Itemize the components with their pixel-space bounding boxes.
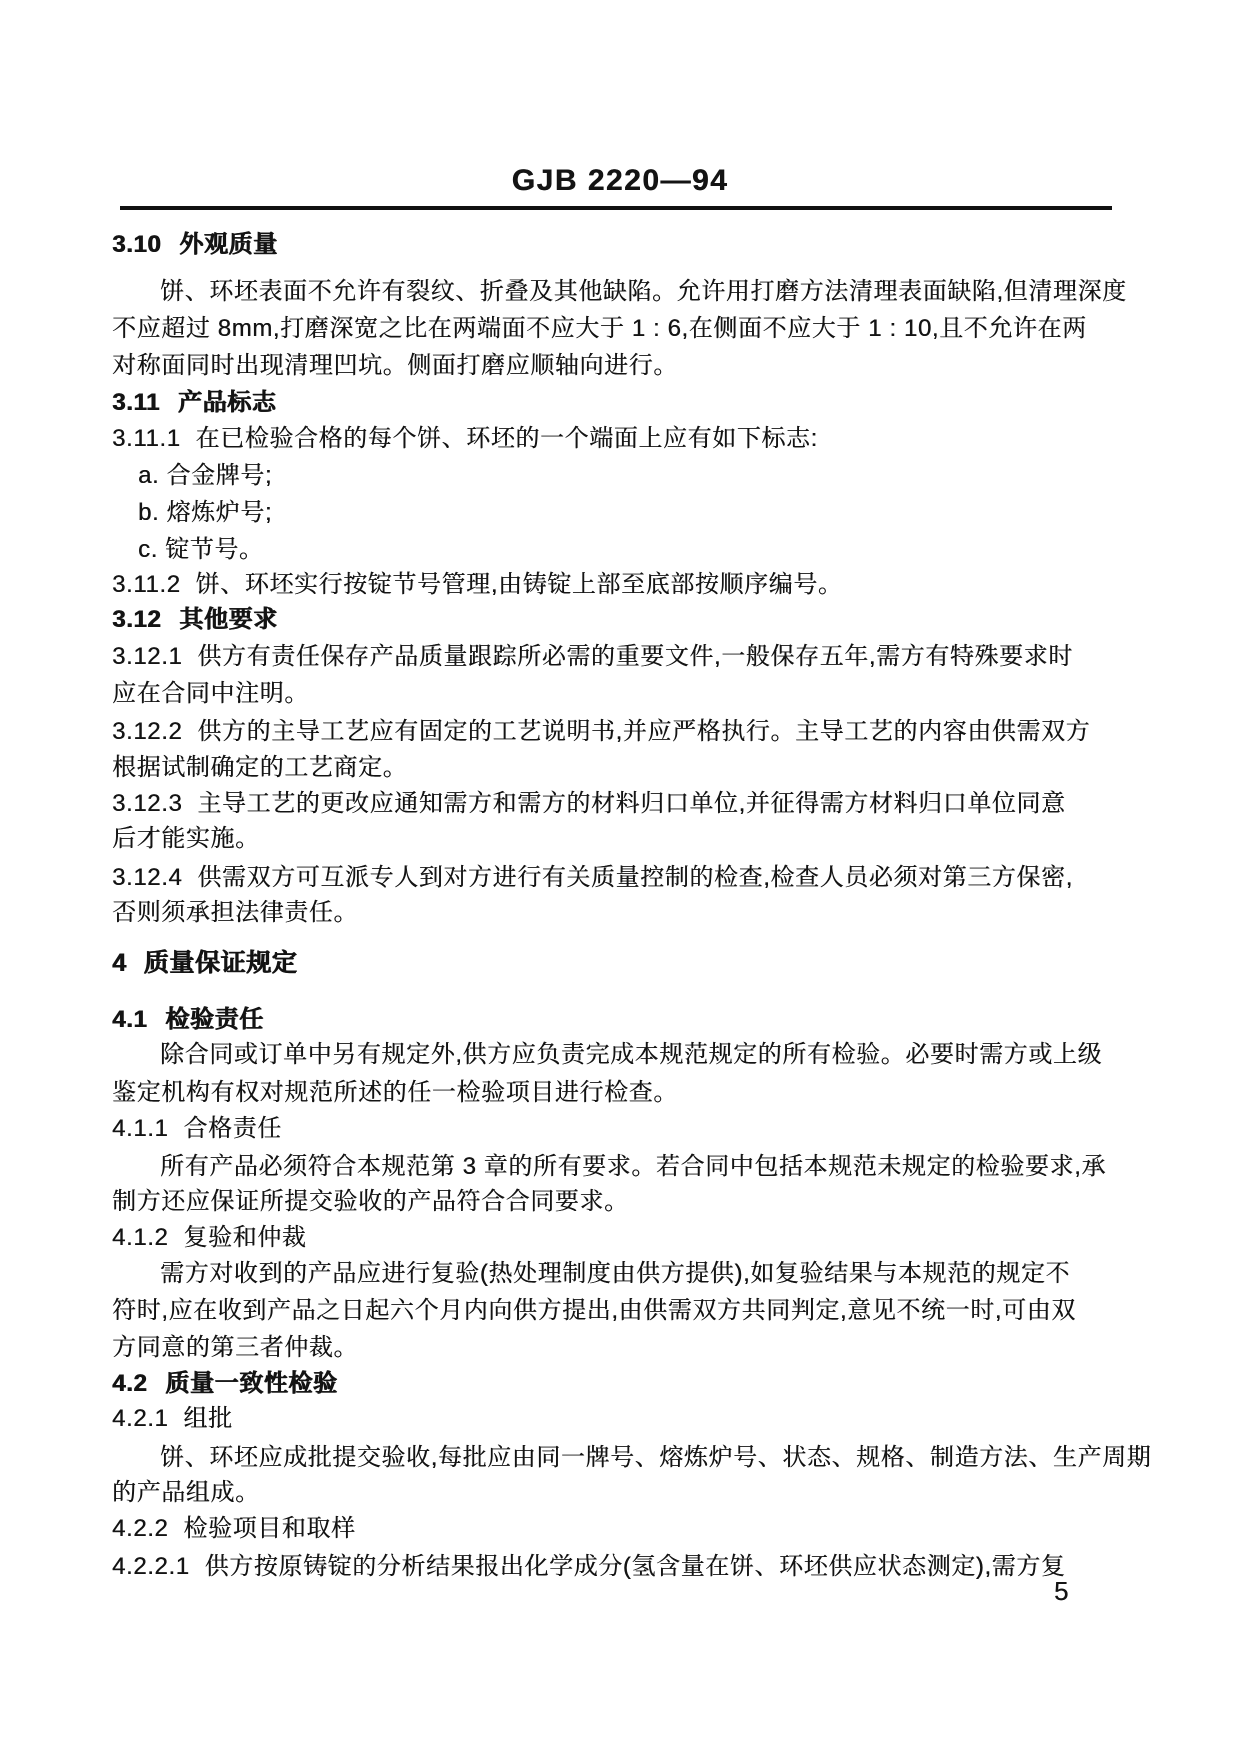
clause-3-11-1: 3.11.1在已检验合格的每个饼、环坯的一个端面上应有如下标志: [112,424,818,454]
subsection-title: 组批 [183,1405,232,1432]
clause-3-12-2: 3.12.2供方的主导工艺应有固定的工艺说明书,并应严格执行。主导工艺的内容由供… [112,717,1090,747]
section-number: 4.1 [112,1005,147,1035]
header-rule [120,206,1112,210]
subsection-number: 4.2.1 [112,1404,168,1434]
section-number: 4.2 [112,1369,147,1399]
section-number: 3.10 [112,230,161,260]
clause-text: 供方按原铸锭的分析结果报出化学成分(氢含量在饼、环坯供应状态测定),需方复 [205,1553,1066,1580]
section-title: 产品标志 [178,389,276,416]
list-item-a: a. 合金牌号; [138,461,272,491]
subsection-title: 复验和仲裁 [183,1224,306,1251]
section-title: 检验责任 [165,1006,263,1033]
section-heading-4-2: 4.2质量一致性检验 [112,1369,337,1399]
chapter-title: 质量保证规定 [144,949,298,977]
body-line: 饼、环坯表面不允许有裂纹、折叠及其他缺陷。允许用打磨方法清理表面缺陷,但清理深度 [160,277,1127,307]
clause-3-12-1: 3.12.1供方有责任保存产品质量跟踪所必需的重要文件,一般保存五年,需方有特殊… [112,642,1073,672]
page-number: 5 [1054,1576,1068,1607]
doc-number: GJB 2220—94 [0,164,1240,198]
clause-text: 供方的主导工艺应有固定的工艺说明书,并应严格执行。主导工艺的内容由供需双方 [197,718,1090,745]
subsection-number: 4.1.2 [112,1223,168,1253]
subsection-number: 4.1.1 [112,1114,168,1144]
body-line: 不应超过 8mm,打磨深宽之比在两端面不应大于 1 : 6,在侧面不应大于 1 … [112,314,1087,344]
section-title: 其他要求 [179,606,277,633]
clause-text: 供需双方可互派专人到对方进行有关质量控制的检查,检查人员必须对第三方保密, [197,864,1073,891]
subsection-heading-4-2-2: 4.2.2检验项目和取样 [112,1514,356,1544]
body-line: 所有产品必须符合本规范第 3 章的所有要求。若合同中包括本规范未规定的检验要求,… [160,1152,1106,1182]
clause-number: 3.11.1 [112,424,181,454]
body-line: 对称面同时出现清理凹坑。侧面打磨应顺轴向进行。 [112,351,678,381]
section-heading-4-1: 4.1检验责任 [112,1005,264,1035]
subsection-heading-4-1-1: 4.1.1合格责任 [112,1114,282,1144]
body-line: 根据试制确定的工艺商定。 [112,753,407,783]
clause-text: 在已检验合格的每个饼、环坯的一个端面上应有如下标志: [196,425,818,452]
clause-number: 3.11.2 [112,570,181,600]
clause-number: 3.12.2 [112,717,182,747]
section-heading-3-11: 3.11产品标志 [112,388,276,418]
clause-number: 3.12.4 [112,863,182,893]
body-line: 否则须承担法律责任。 [112,898,358,928]
body-line: 后才能实施。 [112,824,260,854]
document-page: GJB 2220—94 3.10外观质量 饼、环坯表面不允许有裂纹、折叠及其他缺… [0,0,1240,1755]
clause-number: 3.12.1 [112,642,182,672]
clause-3-12-3: 3.12.3主导工艺的更改应通知需方和需方的材料归口单位,并征得需方材料归口单位… [112,789,1066,819]
subsection-title: 检验项目和取样 [183,1515,355,1542]
subsection-heading-4-2-1: 4.2.1组批 [112,1404,233,1434]
clause-text: 主导工艺的更改应通知需方和需方的材料归口单位,并征得需方材料归口单位同意 [197,790,1065,817]
subsection-heading-4-1-2: 4.1.2复验和仲裁 [112,1223,306,1253]
subsection-number: 4.2.2 [112,1514,168,1544]
body-line: 制方还应保证所提交验收的产品符合合同要求。 [112,1187,629,1217]
section-number: 3.11 [112,388,160,418]
section-number: 3.12 [112,605,161,635]
body-line: 方同意的第三者仲裁。 [112,1333,358,1363]
section-heading-3-12: 3.12其他要求 [112,605,278,635]
chapter-heading-4: 4质量保证规定 [112,948,297,978]
clause-3-11-2: 3.11.2饼、环坯实行按锭节号管理,由铸锭上部至底部按顺序编号。 [112,570,842,600]
body-line: 应在合同中注明。 [112,679,309,709]
clause-3-12-4: 3.12.4供需双方可互派专人到对方进行有关质量控制的检查,检查人员必须对第三方… [112,863,1073,893]
section-heading-3-10: 3.10外观质量 [112,230,278,260]
subsection-title: 合格责任 [183,1115,281,1142]
clause-4-2-2-1: 4.2.2.1供方按原铸锭的分析结果报出化学成分(氢含量在饼、环坯供应状态测定)… [112,1552,1065,1582]
chapter-number: 4 [112,948,127,978]
list-item-c: c. 锭节号。 [138,535,264,565]
section-title: 质量一致性检验 [165,1370,337,1397]
clause-number: 4.2.2.1 [112,1552,190,1582]
clause-text: 饼、环坯实行按锭节号管理,由铸锭上部至底部按顺序编号。 [196,571,843,598]
list-item-b: b. 熔炼炉号; [138,498,272,528]
body-line: 的产品组成。 [112,1478,260,1508]
body-line: 需方对收到的产品应进行复验(热处理制度由供方提供),如复验结果与本规范的规定不 [160,1259,1070,1289]
body-line: 除合同或订单中另有规定外,供方应负责完成本规范规定的所有检验。必要时需方或上级 [160,1040,1102,1070]
section-title: 外观质量 [179,231,277,258]
body-line: 鉴定机构有权对规范所述的任一检验项目进行检查。 [112,1078,678,1108]
body-line: 符时,应在收到产品之日起六个月内向供方提出,由供需双方共同判定,意见不统一时,可… [112,1296,1076,1326]
body-line: 饼、环坯应成批提交验收,每批应由同一牌号、熔炼炉号、状态、规格、制造方法、生产周… [160,1443,1151,1473]
clause-number: 3.12.3 [112,789,182,819]
clause-text: 供方有责任保存产品质量跟踪所必需的重要文件,一般保存五年,需方有特殊要求时 [197,643,1073,670]
